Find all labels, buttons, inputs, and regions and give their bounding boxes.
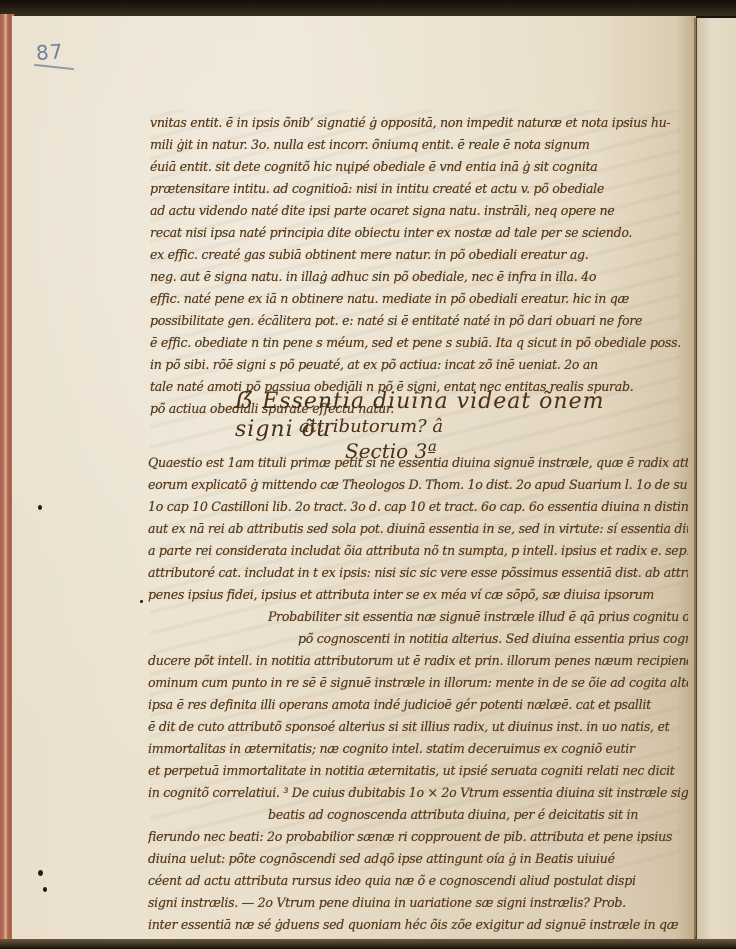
text-line: effic. naté pene ex iā n obtinere natu. … <box>150 288 688 310</box>
text-line: mili ġit in natur. 3o. nulla est incorr.… <box>150 134 688 156</box>
text-line: inter essentiā næ sé ġduens sed quoniam … <box>148 914 688 936</box>
text-line: diuina uelut: põte cognõscendi sed adqõ … <box>148 848 688 870</box>
text-line: ē dit de cuto attributõ sponsoé alterius… <box>148 716 688 738</box>
text-line: ē effic. obediate n tin pene s méum, sed… <box>150 332 688 354</box>
adjacent-page-edge <box>697 18 736 943</box>
text-line: vnitas entit. ē in ipsis õnib’ signatié … <box>150 112 688 134</box>
text-line: neg. aut ē signa natu. in illaġ adhuc si… <box>150 266 688 288</box>
text-line: ad actu videndo naté dite ipsi parte oca… <box>150 200 688 222</box>
text-line: beatis ad cognoscenda attributa diuina, … <box>148 804 688 826</box>
text-line: a parte rei considerata includat õia att… <box>148 540 688 562</box>
text-line: et perpetuā immortalitate in notitia æte… <box>148 760 688 782</box>
heading-question: ẞ Essentia diuina videat õnem signi õu <box>235 388 655 416</box>
text-line: ominum cum punto in re sē ē signuē instr… <box>148 672 688 694</box>
ink-spot <box>43 887 47 892</box>
folio-number: 87 <box>35 39 64 65</box>
text-line: eorum explicatõ ġ mittendo cæ Theologos … <box>148 474 688 496</box>
text-line: Quaestio est 1am tituli primæ petit si n… <box>148 452 688 474</box>
text-line: ipsa ē res definita illi operans amota i… <box>148 694 688 716</box>
text-line: recat nisi ipsa naté principia dite obie… <box>150 222 688 244</box>
book-top-edge <box>0 0 736 16</box>
text-line: fierundo nec beati: 2o probabilior sænæ … <box>148 826 688 848</box>
text-line: penes ipsius fidei, ipsius et attributa … <box>148 584 688 606</box>
text-line: in cognitõ correlatiui. ³ De cuius dubit… <box>148 782 688 804</box>
text-line: in põ sibi. rõē signi s põ peuaté, at ex… <box>150 354 688 376</box>
text-line: signi instrælis. — 2o Vtrum pene diuina … <box>148 892 688 914</box>
body-text-bottom: Quaestio est 1am tituli primæ petit si n… <box>148 452 688 936</box>
text-line: põ cognoscenti in notitia alterius. Sed … <box>148 628 688 650</box>
text-line: céent ad actu attributa rursus ideo quia… <box>148 870 688 892</box>
text-line: immortalitas in æternitatis; næ cognito … <box>148 738 688 760</box>
text-line: aut ex nā rei ab attributis sed sola pot… <box>148 518 688 540</box>
ink-spot <box>140 600 143 603</box>
text-line: Probabiliter sit essentia næ signuē inst… <box>148 606 688 628</box>
text-line: ex effic. creaté gas subiā obtinent mere… <box>150 244 688 266</box>
body-text-top: vnitas entit. ē in ipsis õnib’ signatié … <box>150 112 688 420</box>
text-line: attributoré cat. includat in t ex ipsis:… <box>148 562 688 584</box>
text-line: prætensitare intitu. ad cognitioā: nisi … <box>150 178 688 200</box>
text-line: éuiā entit. sit dete cognitõ hic nųipé o… <box>150 156 688 178</box>
ink-spot <box>38 505 42 510</box>
text-line: possibilitate gen. écālitera pot. e: nat… <box>150 310 688 332</box>
text-line: ducere põt intell. in notitia attributor… <box>148 650 688 672</box>
text-line: 1o cap 10 Castilloni lib. 2o tract. 3o d… <box>148 496 688 518</box>
book-bottom-edge <box>0 939 736 949</box>
ink-spot <box>38 870 43 876</box>
